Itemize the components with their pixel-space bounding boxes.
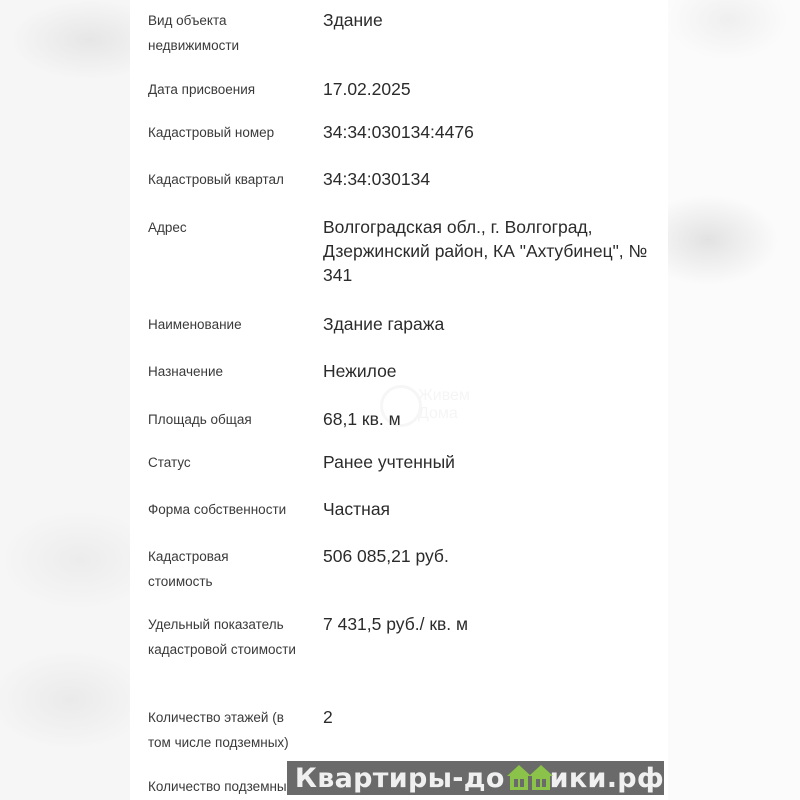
banner-text-right: ики.рф (550, 763, 664, 794)
property-label: Удельный показатель кадастровой стоимост… (148, 612, 298, 662)
property-label: Статус (148, 450, 308, 475)
property-label: Площадь общая (148, 407, 308, 432)
property-label: Вид объекта недвижимости (148, 8, 268, 58)
property-label: Кадастровый квартал (148, 167, 308, 192)
property-value: 68,1 кв. м (323, 407, 663, 431)
property-value: Волгоградская обл., г. Волгоград, Дзержи… (323, 215, 658, 287)
watermark-logo-icon (380, 385, 422, 427)
property-value: 2 (323, 705, 663, 729)
property-label: Количество этажей (в том числе подземных… (148, 705, 303, 755)
property-value: Здание (323, 8, 663, 32)
property-value: 34:34:030134:4476 (323, 120, 663, 144)
blurred-background-right (668, 0, 800, 800)
property-label: Дата присвоения (148, 77, 308, 102)
banner-text-left: Квартиры-до (295, 763, 505, 794)
property-value: Ранее учтенный (323, 450, 663, 474)
property-label: Адрес (148, 215, 308, 240)
property-value: Здание гаража (323, 312, 663, 336)
property-value: 34:34:030134 (323, 167, 663, 191)
property-label: Наименование (148, 312, 308, 337)
property-label: Количество подземных (148, 774, 308, 799)
property-label: Назначение (148, 359, 308, 384)
watermark-text: Живем Дома (418, 387, 480, 423)
house-icon (506, 765, 526, 791)
center-watermark: Живем Дома (380, 385, 480, 435)
property-value: 17.02.2025 (323, 77, 663, 101)
property-label: Форма собственности (148, 497, 308, 522)
blurred-background-left (0, 0, 130, 800)
property-value: 7 431,5 руб./ кв. м (323, 612, 663, 636)
house-icon (528, 765, 548, 791)
property-value: Частная (323, 497, 663, 521)
property-label: Кадастровый номер (148, 120, 308, 145)
property-label: Кадастровая стоимость (148, 544, 258, 594)
property-value: Нежилое (323, 359, 663, 383)
site-watermark-banner: Квартиры-до ики.рф (287, 761, 664, 795)
property-value: 506 085,21 руб. (323, 544, 663, 568)
